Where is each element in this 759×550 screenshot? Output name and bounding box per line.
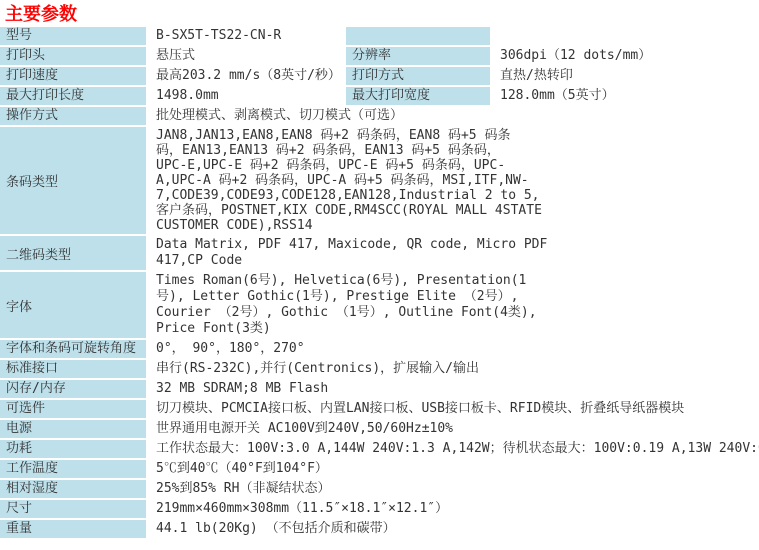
row-value: 世界通用电源开关 AC100V到240V,50/60Hz±10% xyxy=(151,420,759,438)
row-value-2 xyxy=(496,27,759,45)
row-value: 219mm×460mm×308mm（11.5″×18.1″×12.1″） xyxy=(151,500,759,518)
table-row-max-print-length: 最大打印长度 1498.0mm 最大打印宽度 128.0mm（5英寸） xyxy=(0,87,759,105)
row-label: 电源 xyxy=(0,420,146,438)
row-label: 条码类型 xyxy=(0,127,146,234)
row-value: Data Matrix, PDF 417, Maxicode, QR code,… xyxy=(151,236,759,270)
table-row-weight: 重量 44.1 lb(20Kg) （不包括介质和碳带） xyxy=(0,520,759,538)
row-value: 悬压式 xyxy=(151,47,341,65)
row-value-2: 306dpi（12 dots/mm） xyxy=(496,47,759,65)
row-label: 尺寸 xyxy=(0,500,146,518)
table-row-fonts: 字体 Times Roman(6号), Helvetica(6号), Prese… xyxy=(0,272,759,338)
row-label: 打印速度 xyxy=(0,67,146,85)
row-label: 最大打印长度 xyxy=(0,87,146,105)
row-value: 串行(RS-232C),并行(Centronics)，扩展输入/输出 xyxy=(151,360,759,378)
row-label: 型号 xyxy=(0,27,146,45)
row-value-2: 128.0mm（5英寸） xyxy=(496,87,759,105)
row-value: B-SX5T-TS22-CN-R xyxy=(151,27,341,45)
row-label: 操作方式 xyxy=(0,107,146,125)
row-value: 25%到85% RH（非凝结状态） xyxy=(151,480,759,498)
row-label: 标准接口 xyxy=(0,360,146,378)
row-label-2: 分辨率 xyxy=(346,47,490,65)
row-value: 0°， 90°，180°，270° xyxy=(151,340,759,358)
row-label: 可选件 xyxy=(0,400,146,418)
row-value: 5℃到40℃（40°F到104°F） xyxy=(151,460,759,478)
table-row-options: 可选件 切刀模块、PCMCIA接口板、内置LAN接口板、USB接口板卡、RFID… xyxy=(0,400,759,418)
spec-table: 型号 B-SX5T-TS22-CN-R 打印头 悬压式 分辨率 306dpi（1… xyxy=(0,27,759,538)
row-label-2: 最大打印宽度 xyxy=(346,87,490,105)
row-value: 工作状态最大：100V:3.0 A,144W 240V:1.3 A,142W；待… xyxy=(151,440,759,458)
table-row-2d-code-types: 二维码类型 Data Matrix, PDF 417, Maxicode, QR… xyxy=(0,236,759,270)
table-row-standard-interfaces: 标准接口 串行(RS-232C),并行(Centronics)，扩展输入/输出 xyxy=(0,360,759,378)
row-value: 批处理模式、剥离模式、切刀模式（可选） xyxy=(151,107,759,125)
table-row-print-speed: 打印速度 最高203.2 mm/s（8英寸/秒） 打印方式 直热/热转印 xyxy=(0,67,759,85)
row-label-2: 打印方式 xyxy=(346,67,490,85)
row-label: 闪存/内存 xyxy=(0,380,146,398)
table-row-operation-mode: 操作方式 批处理模式、剥离模式、切刀模式（可选） xyxy=(0,107,759,125)
row-value: Times Roman(6号), Helvetica(6号), Presenta… xyxy=(151,272,759,338)
row-value: 32 MB SDRAM;8 MB Flash xyxy=(151,380,759,398)
row-label: 功耗 xyxy=(0,440,146,458)
row-label: 重量 xyxy=(0,520,146,538)
table-row-power-supply: 电源 世界通用电源开关 AC100V到240V,50/60Hz±10% xyxy=(0,420,759,438)
table-row-relative-humidity: 相对湿度 25%到85% RH（非凝结状态） xyxy=(0,480,759,498)
row-label-2 xyxy=(346,27,490,45)
table-row-memory: 闪存/内存 32 MB SDRAM;8 MB Flash xyxy=(0,380,759,398)
table-row-printhead: 打印头 悬压式 分辨率 306dpi（12 dots/mm） xyxy=(0,47,759,65)
row-value: 1498.0mm xyxy=(151,87,341,105)
row-label: 打印头 xyxy=(0,47,146,65)
row-label: 字体和条码可旋转角度 xyxy=(0,340,146,358)
row-value: 44.1 lb(20Kg) （不包括介质和碳带） xyxy=(151,520,759,538)
table-row-power-consumption: 功耗 工作状态最大：100V:3.0 A,144W 240V:1.3 A,142… xyxy=(0,440,759,458)
row-label: 字体 xyxy=(0,272,146,338)
row-value: 切刀模块、PCMCIA接口板、内置LAN接口板、USB接口板卡、RFID模块、折… xyxy=(151,400,759,418)
table-row-model: 型号 B-SX5T-TS22-CN-R xyxy=(0,27,759,45)
row-label: 二维码类型 xyxy=(0,236,146,270)
table-row-barcode-types: 条码类型 JAN8,JAN13,EAN8,EAN8 码+2 码条码，EAN8 码… xyxy=(0,127,759,234)
row-label: 工作温度 xyxy=(0,460,146,478)
page-title: 主要参数 xyxy=(0,0,759,27)
row-value: JAN8,JAN13,EAN8,EAN8 码+2 码条码，EAN8 码+5 码条… xyxy=(151,127,759,234)
table-row-dimensions: 尺寸 219mm×460mm×308mm（11.5″×18.1″×12.1″） xyxy=(0,500,759,518)
row-label: 相对湿度 xyxy=(0,480,146,498)
row-value: 最高203.2 mm/s（8英寸/秒） xyxy=(151,67,341,85)
row-value-2: 直热/热转印 xyxy=(496,67,759,85)
table-row-rotation-angles: 字体和条码可旋转角度 0°， 90°，180°，270° xyxy=(0,340,759,358)
table-row-operating-temperature: 工作温度 5℃到40℃（40°F到104°F） xyxy=(0,460,759,478)
